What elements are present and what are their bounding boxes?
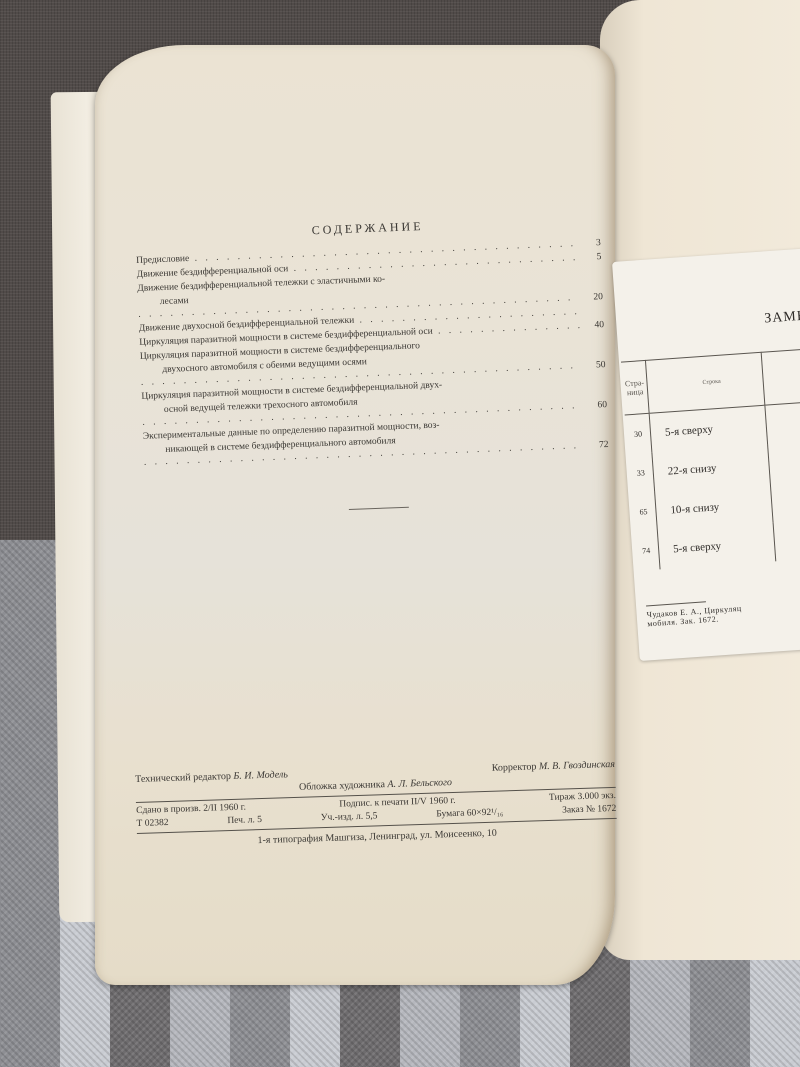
corrector-name: М. В. Гвоздинская (539, 759, 615, 772)
errata-page: 30 (625, 413, 652, 454)
toc-page-number (580, 317, 604, 318)
toc-page-number: 20 (579, 291, 603, 304)
cover-label: Обложка художника (299, 778, 385, 794)
errata-footer: Чудаков Е. А., Циркуляц мобиля. Зак. 167… (646, 589, 800, 628)
toc-page-number: 5 (577, 251, 601, 264)
toc-page-number (582, 385, 606, 386)
errata-slip: ЗАМЕ Стра- ница Строка 30 5-я сверху 33 … (612, 245, 800, 661)
toc-page-number: 3 (577, 237, 601, 250)
errata-title: ЗАМЕ (764, 309, 800, 328)
order-number: Заказ № 1672 (562, 803, 617, 818)
toc-page-number (581, 345, 605, 346)
toc-page-number: 50 (581, 359, 605, 372)
code: Т 02382 (136, 817, 168, 831)
toc-page-number: 60 (583, 399, 607, 412)
colophon: Технический редактор Б. И. Модель Коррек… (135, 758, 617, 850)
printed-sheets: Печ. л. 5 (227, 814, 262, 828)
errata-col-page: Стра- ница (621, 360, 649, 415)
paper-format: Бумага 60×92¹/₁₆ (436, 806, 503, 821)
tech-editor-name: Б. И. Модель (233, 769, 288, 782)
toc-page-number (584, 425, 608, 426)
toc-page-number: 72 (584, 439, 608, 452)
table-of-contents: СОДЕРЖАНИЕ Предисловие . . . . . . . . .… (135, 212, 611, 518)
toc-page-number: 40 (580, 319, 604, 332)
errata-page: 65 (630, 492, 657, 533)
errata-line: 5-я сверху (657, 522, 775, 569)
toc-entry-text: Предисловие (136, 254, 189, 266)
errata-col-line: Строка (645, 352, 764, 413)
toc-page-number (578, 277, 602, 278)
corrector-label: Корректор (492, 761, 537, 773)
errata-page: 33 (627, 453, 654, 494)
tech-editor-label: Технический редактор (135, 771, 231, 785)
cover-name: А. Л. Бельского (387, 776, 452, 791)
errata-table: Стра- ница Строка 30 5-я сверху 33 22-я … (621, 345, 800, 571)
publisher-sheets: Уч.-изд. л. 5,5 (321, 810, 378, 825)
toc-list: Предисловие . . . . . . . . . . . . . . … (136, 237, 609, 469)
errata-page: 74 (633, 530, 660, 571)
